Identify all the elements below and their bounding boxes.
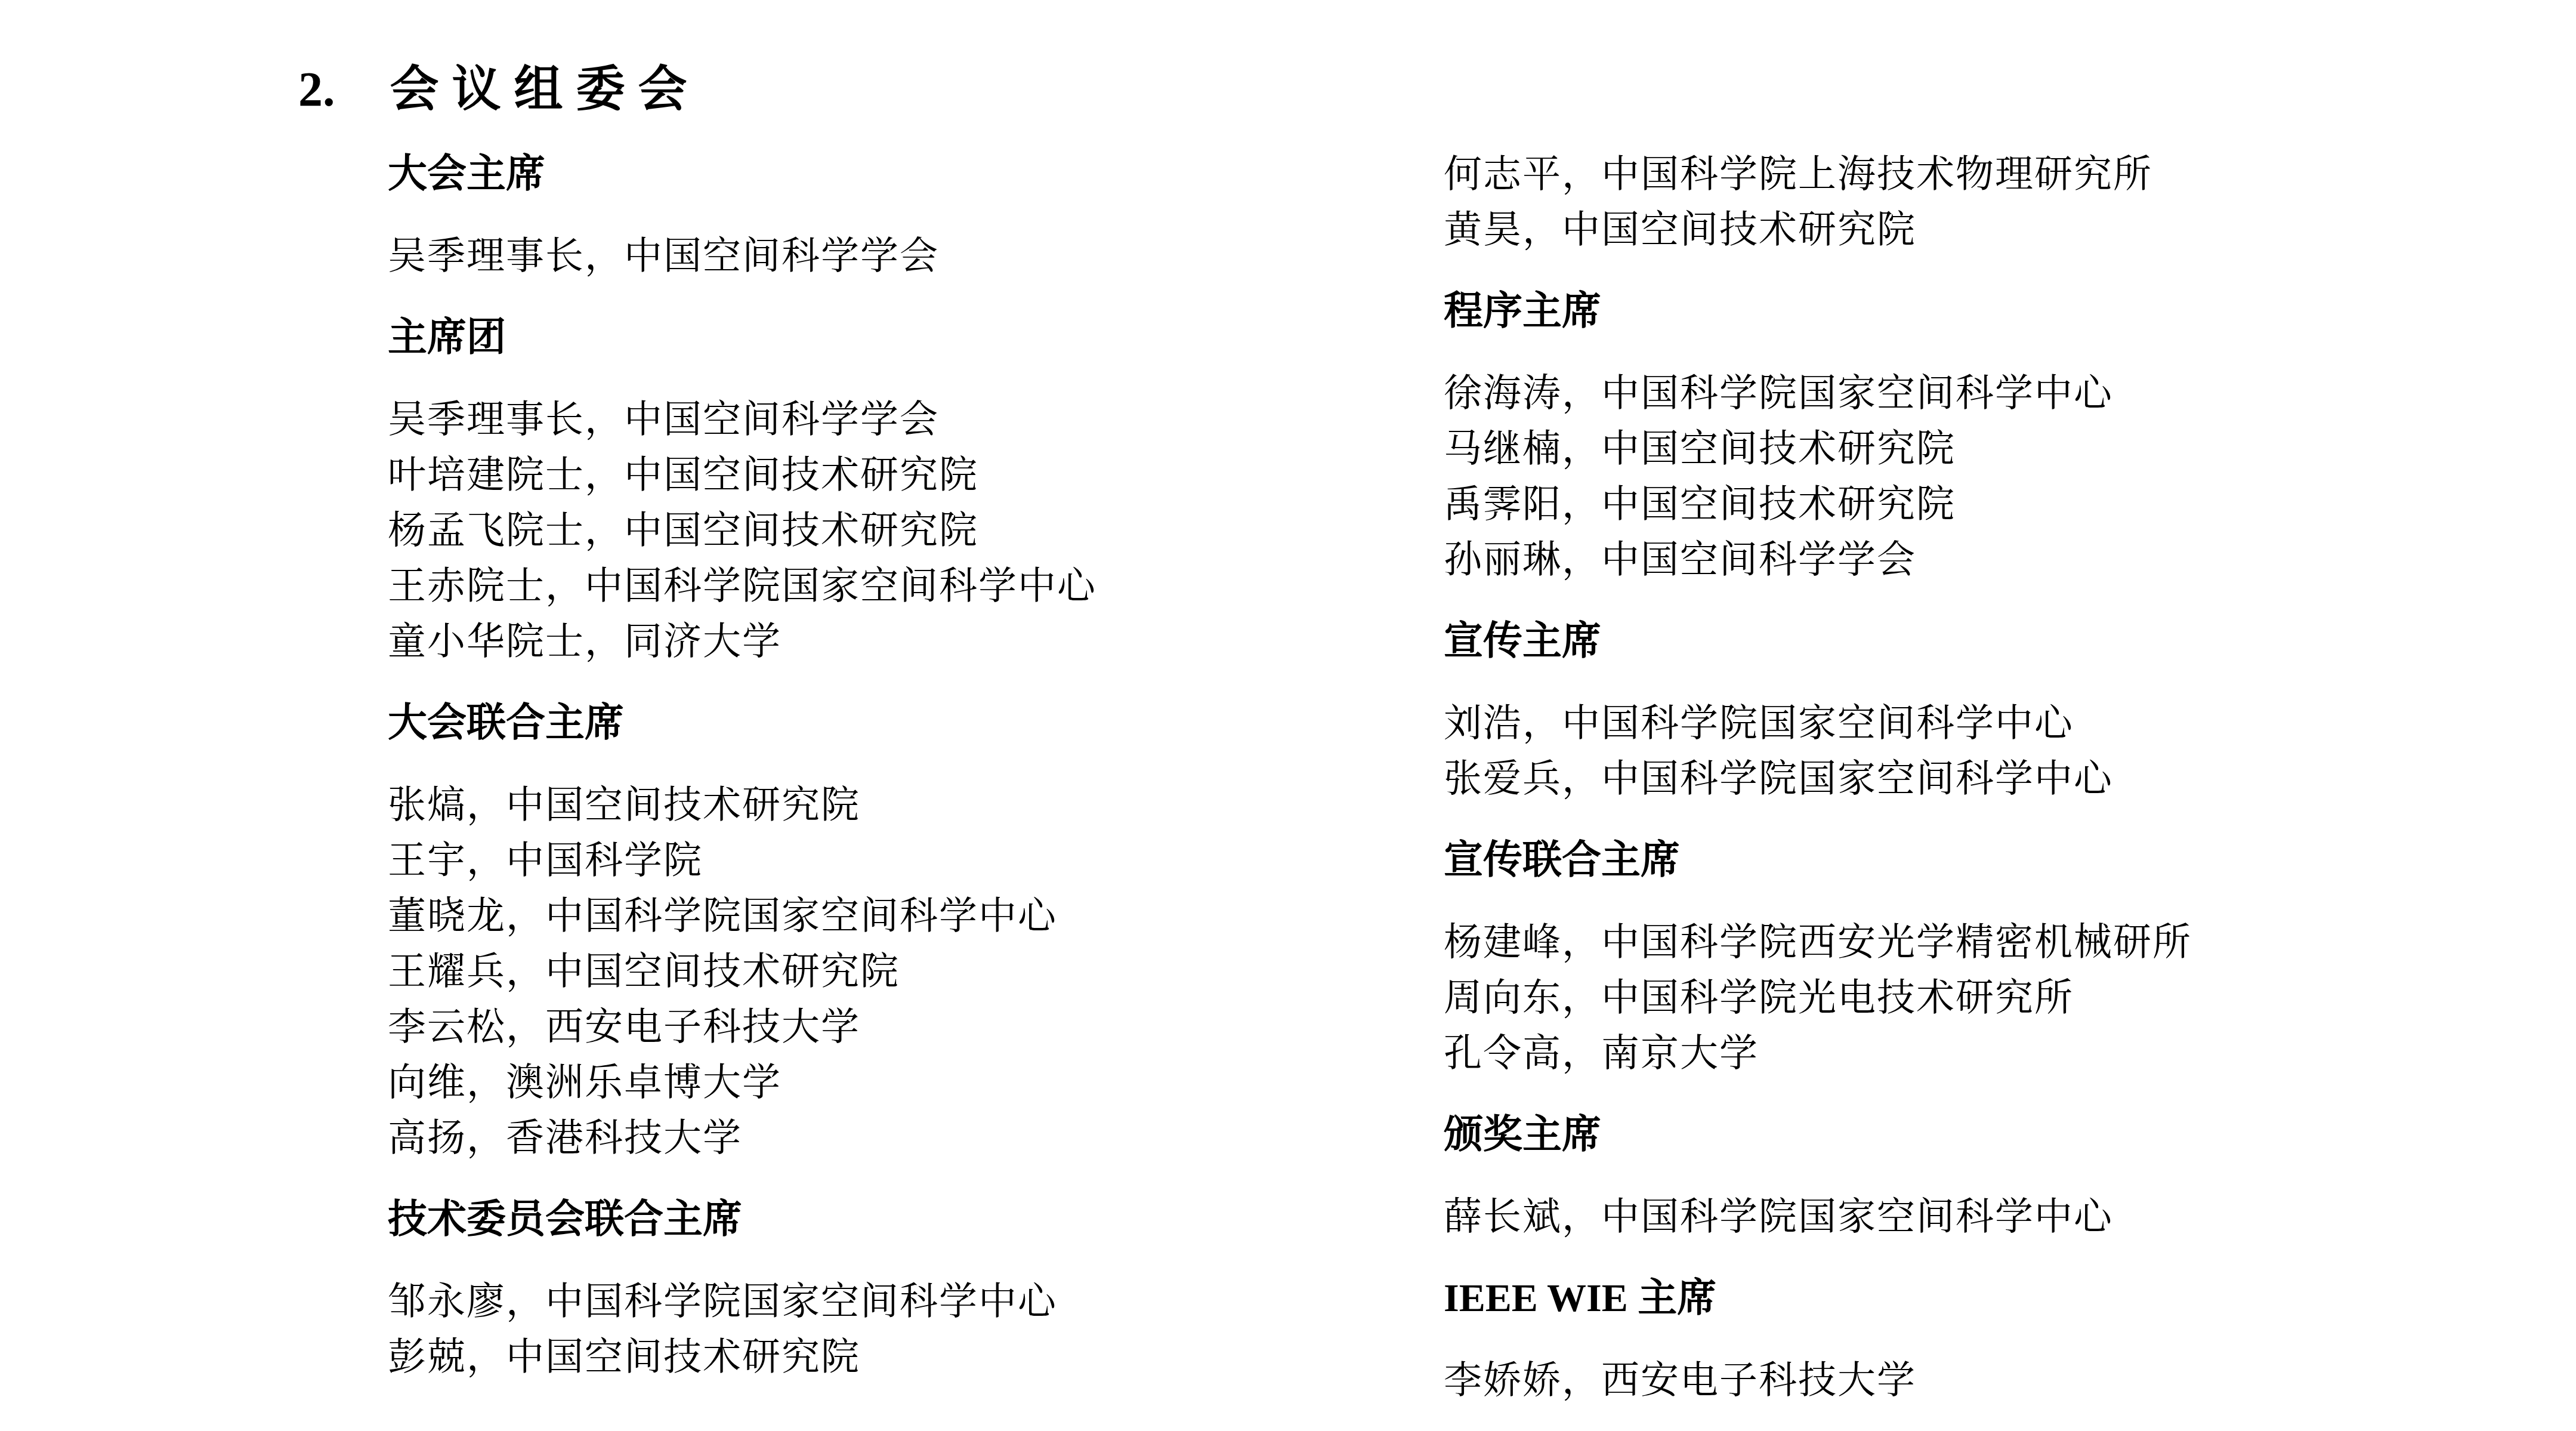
member-line: 徐海涛，中国科学院国家空间科学中心 (1444, 365, 2541, 421)
member-line: 彭兢，中国空间技术研究院 (388, 1329, 1438, 1384)
section-title: 大会联合主席 (388, 695, 1438, 751)
member-line: 童小华院士，同济大学 (388, 613, 1438, 669)
section-program-chairs: 程序主席 徐海涛，中国科学院国家空间科学中心 马继楠，中国空间技术研究院 禹霁阳… (1444, 283, 2541, 587)
section-conference-chair: 大会主席 吴季理事长，中国空间科学学会 (388, 146, 1438, 283)
member-line: 董晓龙，中国科学院国家空间科学中心 (388, 888, 1438, 943)
member-line: 吴季理事长，中国空间科学学会 (388, 228, 1438, 283)
member-line: 禹霁阳，中国空间技术研究院 (1444, 476, 2541, 532)
right-column: 何志平，中国科学院上海技术物理研究所 黄昊，中国空间技术研究院 程序主席 徐海涛… (1444, 146, 2541, 1408)
member-line: 薛长斌，中国科学院国家空间科学中心 (1444, 1189, 2541, 1244)
section-title: 程序主席 (1444, 283, 2541, 339)
section-continued-members: 何志平，中国科学院上海技术物理研究所 黄昊，中国空间技术研究院 (1444, 146, 2541, 257)
heading-title: 会议组委会 (390, 61, 700, 118)
section-publicity-chairs: 宣传主席 刘浩，中国科学院国家空间科学中心 张爱兵，中国科学院国家空间科学中心 (1444, 613, 2541, 806)
member-line: 向维，澳洲乐卓博大学 (388, 1054, 1438, 1110)
section-technical-committee-co-chairs: 技术委员会联合主席 邹永廖，中国科学院国家空间科学中心 彭兢，中国空间技术研究院 (388, 1192, 1438, 1384)
member-line: 孔令高，南京大学 (1444, 1025, 2541, 1081)
member-line: 张熇，中国空间技术研究院 (388, 777, 1438, 832)
member-line: 王耀兵，中国空间技术研究院 (388, 943, 1438, 999)
member-line: 王宇，中国科学院 (388, 832, 1438, 888)
section-award-chairs: 颁奖主席 薛长斌，中国科学院国家空间科学中心 (1444, 1107, 2541, 1244)
member-line: 李娇娇，西安电子科技大学 (1444, 1352, 2541, 1408)
member-line: 杨孟飞院士，中国空间技术研究院 (388, 502, 1438, 558)
section-ieee-wie-chair: IEEE WIE 主席 李娇娇，西安电子科技大学 (1444, 1270, 2541, 1408)
section-title: 宣传主席 (1444, 613, 2541, 669)
section-title: 大会主席 (388, 146, 1438, 202)
member-line: 张爱兵，中国科学院国家空间科学中心 (1444, 751, 2541, 806)
member-line: 吴季理事长，中国空间科学学会 (388, 391, 1438, 447)
section-title: 技术委员会联合主席 (388, 1192, 1438, 1247)
section-publicity-co-chairs: 宣传联合主席 杨建峰，中国科学院西安光学精密机械研所 周向东，中国科学院光电技术… (1444, 832, 2541, 1081)
section-title: IEEE WIE 主席 (1444, 1270, 2541, 1326)
member-line: 何志平，中国科学院上海技术物理研究所 (1444, 146, 2541, 202)
document-page: 2.会议组委会 大会主席 吴季理事长，中国空间科学学会 主席团 吴季理事长，中国… (0, 0, 2576, 1431)
left-column: 大会主席 吴季理事长，中国空间科学学会 主席团 吴季理事长，中国空间科学学会 叶… (388, 146, 1438, 1384)
member-line: 王赤院士，中国科学院国家空间科学中心 (388, 558, 1438, 613)
member-line: 周向东，中国科学院光电技术研究所 (1444, 970, 2541, 1025)
member-line: 刘浩，中国科学院国家空间科学中心 (1444, 695, 2541, 751)
heading-number: 2. (298, 61, 335, 118)
section-title: 颁奖主席 (1444, 1107, 2541, 1162)
member-line: 叶培建院士，中国空间技术研究院 (388, 447, 1438, 502)
member-line: 孙丽琳，中国空间科学学会 (1444, 532, 2541, 587)
member-line: 邹永廖，中国科学院国家空间科学中心 (388, 1273, 1438, 1329)
member-line: 杨建峰，中国科学院西安光学精密机械研所 (1444, 914, 2541, 970)
section-conference-co-chairs: 大会联合主席 张熇，中国空间技术研究院 王宇，中国科学院 董晓龙，中国科学院国家… (388, 695, 1438, 1165)
section-title: 主席团 (388, 310, 1438, 365)
member-line: 李云松，西安电子科技大学 (388, 999, 1438, 1054)
section-presidium: 主席团 吴季理事长，中国空间科学学会 叶培建院士，中国空间技术研究院 杨孟飞院士… (388, 310, 1438, 669)
page-title: 2.会议组委会 (298, 61, 700, 118)
member-line: 黄昊，中国空间技术研究院 (1444, 202, 2541, 257)
member-line: 高扬，香港科技大学 (388, 1110, 1438, 1165)
section-title: 宣传联合主席 (1444, 832, 2541, 888)
member-line: 马继楠，中国空间技术研究院 (1444, 421, 2541, 476)
